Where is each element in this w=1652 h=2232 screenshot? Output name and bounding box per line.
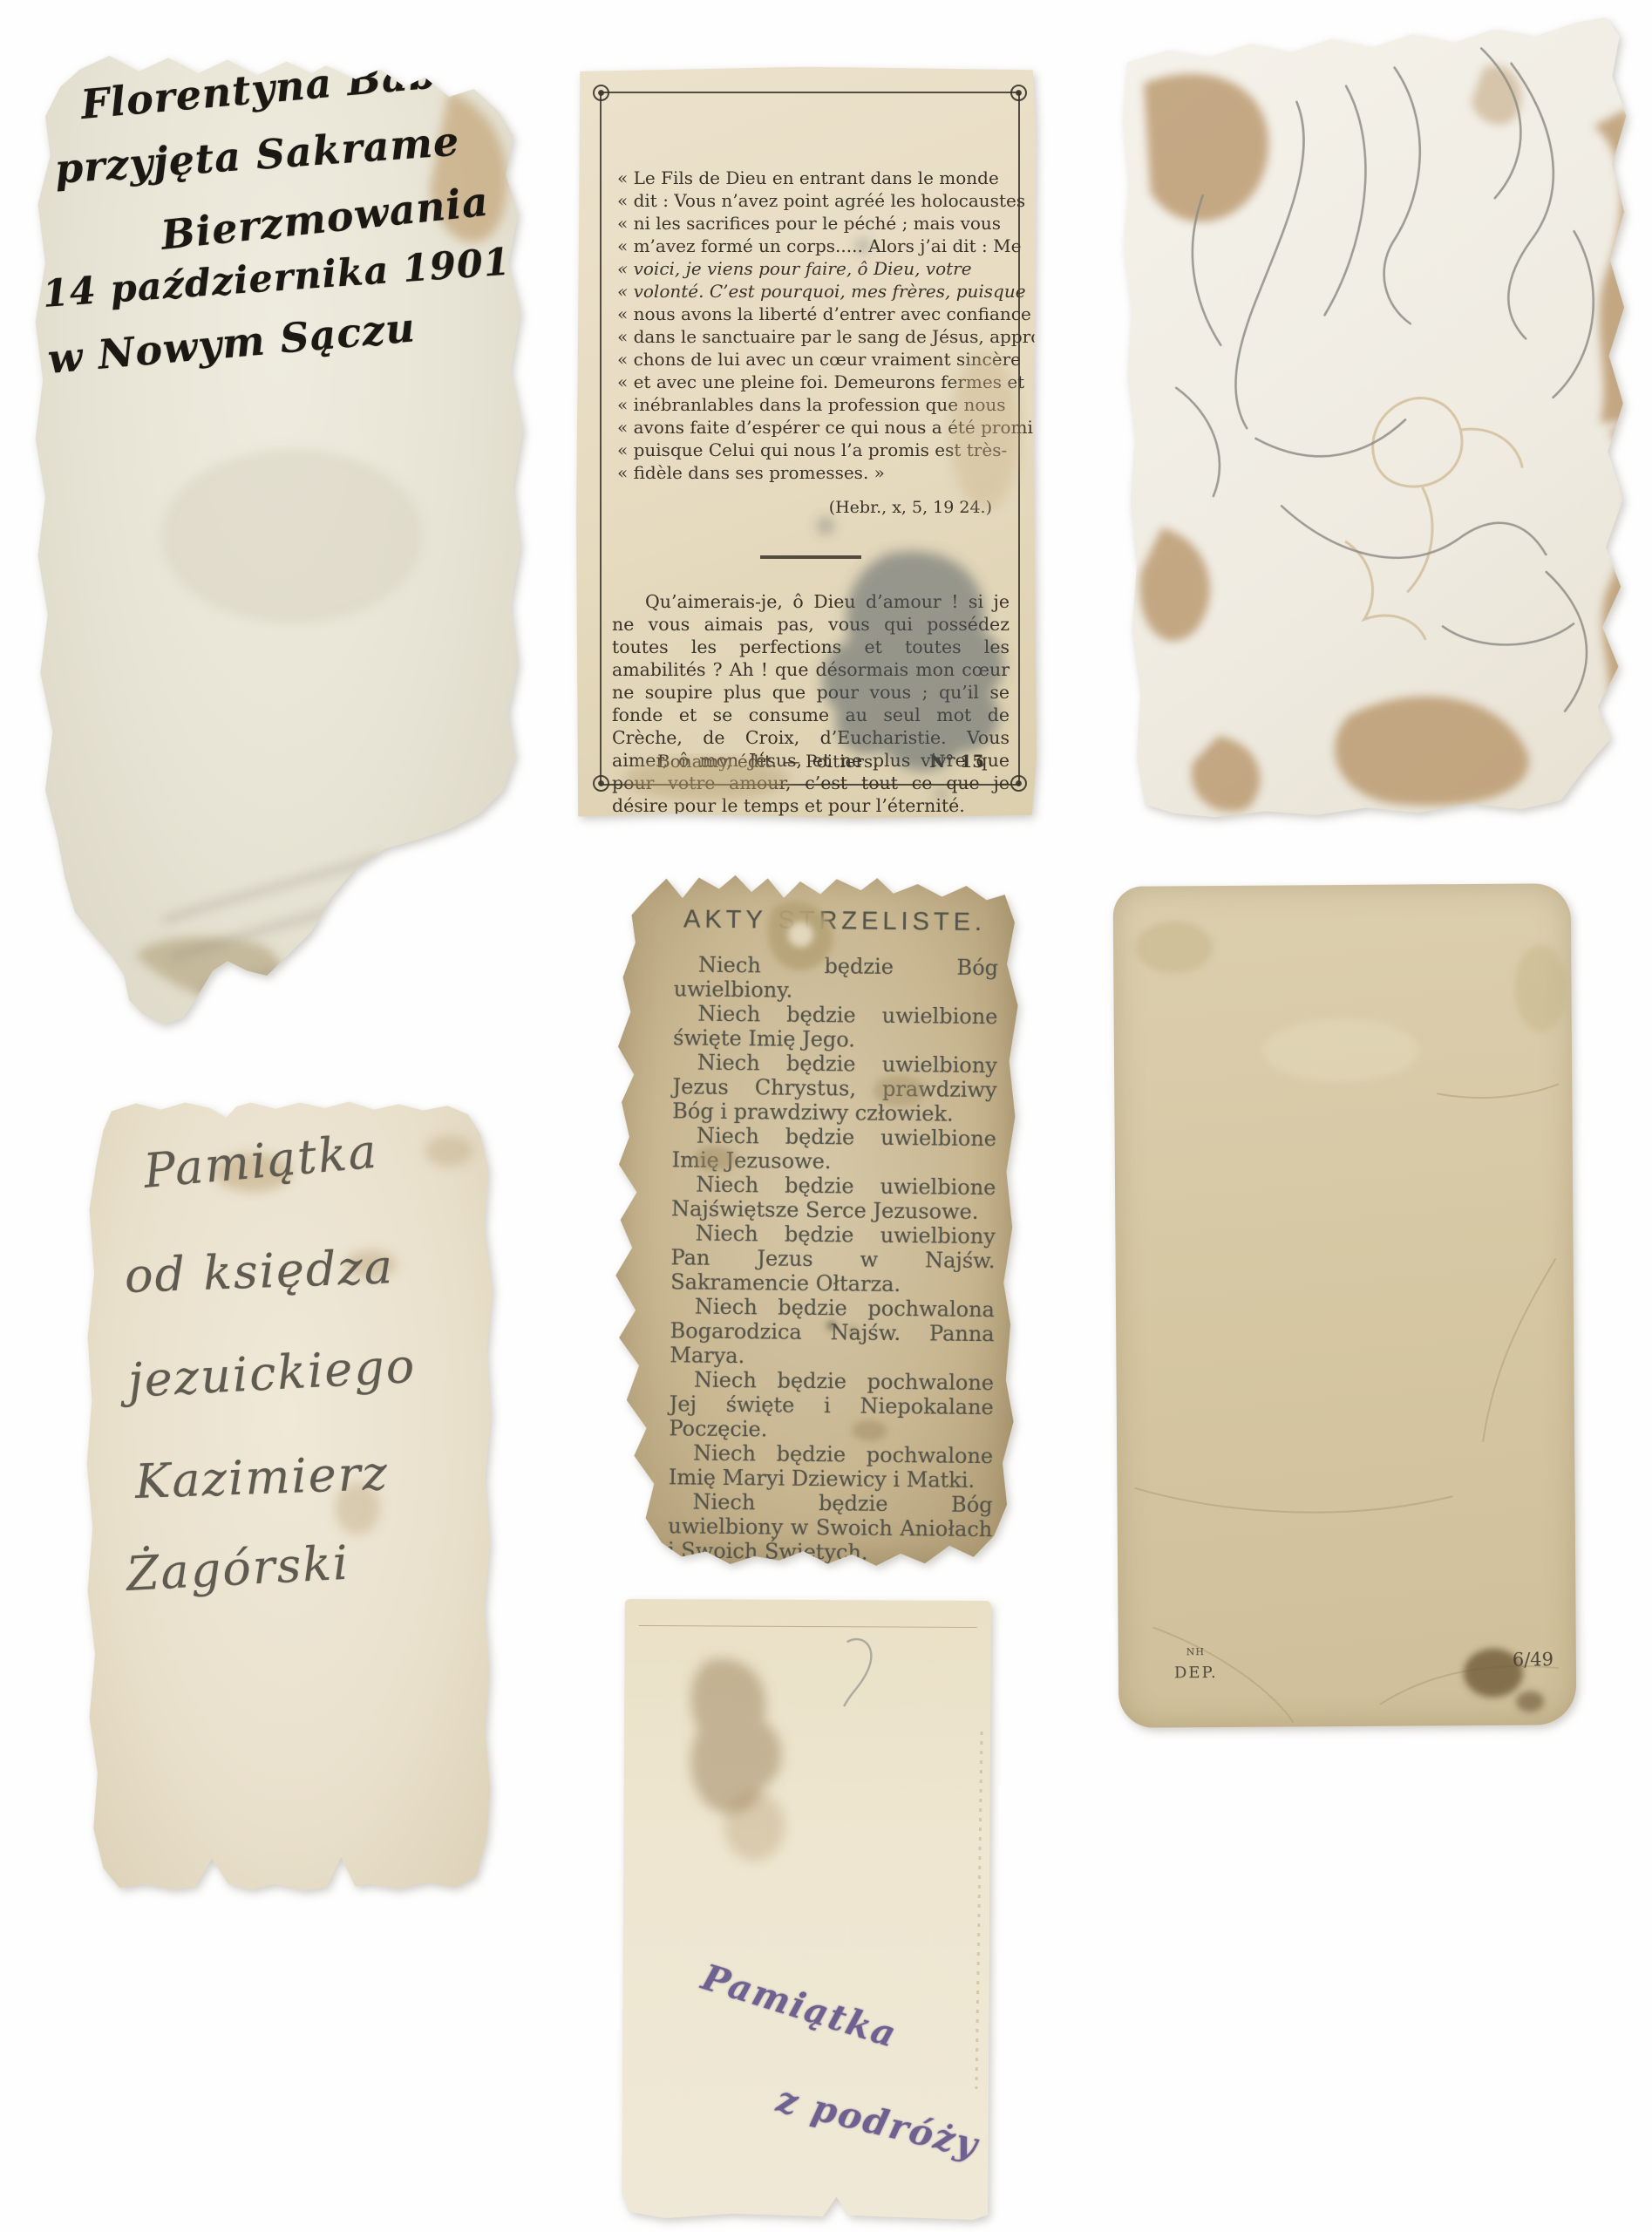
ink-blot-overlay	[575, 65, 1037, 820]
confirmation-note-paper: Florentyna Babiń przyjęta Sakrame Bierzm…	[31, 48, 523, 1024]
card-akty-strzeliste: AKTY STRZELISTE. Niech będzie Bóg uwielb…	[607, 870, 1019, 1568]
card-pencil-note: Pamiątka od księdza jezuickiego Kazimier…	[83, 1099, 493, 1892]
scan-background: Florentyna Babiń przyjęta Sakrame Bierzm…	[0, 0, 1652, 2232]
pencil-scribbles	[1116, 12, 1642, 820]
french-prayer-paper: « Le Fils de Dieu en entrant dans le mon…	[575, 65, 1037, 820]
card-stamped: Pamiątka z podróży	[622, 1599, 991, 2220]
monogram-mark: NH	[1186, 1646, 1205, 1657]
pencil-note-paper: Pamiątka od księdza jezuickiego Kazimier…	[83, 1099, 493, 1892]
akty-card-paper: AKTY STRZELISTE. Niech będzie Bóg uwielb…	[607, 870, 1019, 1568]
stamped-card-paper: Pamiątka z podróży	[622, 1599, 991, 2220]
card-french-prayer: « Le Fils de Dieu en entrant dans le mon…	[575, 65, 1037, 820]
handwriting-line: Kazimierz	[134, 1446, 390, 1509]
card-scribbled	[1116, 12, 1642, 820]
embossed-floral-traces	[1343, 396, 1526, 642]
plate-number: 6/49	[1513, 1649, 1553, 1670]
crease-and-stain-overlay	[1113, 883, 1577, 1728]
handwriting-line: od księdza	[124, 1239, 395, 1303]
handwriting-line: Żagórski	[125, 1535, 350, 1602]
blank-card-paper: NH DEP. 6/49	[1113, 883, 1577, 1728]
card-blank-numbered: NH DEP. 6/49	[1116, 885, 1574, 1726]
card-confirmation-note: Florentyna Babiń przyjęta Sakrame Bierzm…	[31, 48, 523, 1024]
glue-residue-patches	[1129, 63, 1642, 813]
damage-overlay	[607, 870, 1019, 1568]
dep-mark: DEP.	[1174, 1664, 1218, 1682]
faint-pencil-mark	[844, 1639, 871, 1706]
scribbled-card-paper	[1116, 12, 1642, 820]
